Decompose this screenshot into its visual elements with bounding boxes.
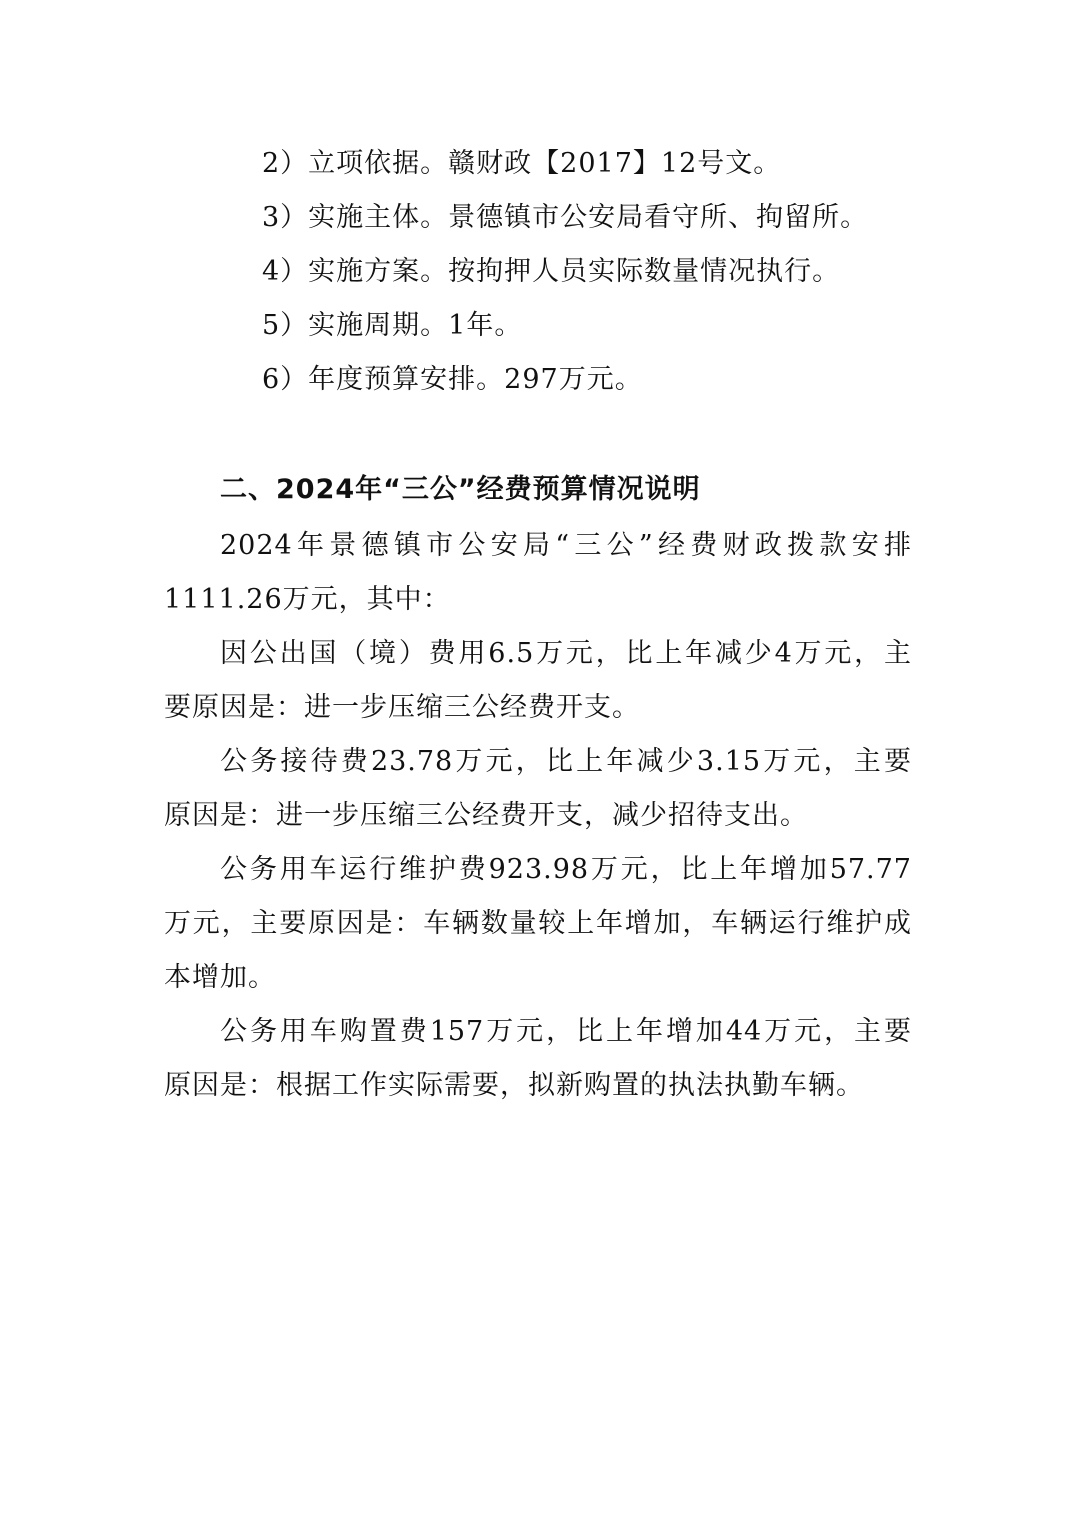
paragraph-line: 原因是：根据工作实际需要，拟新购置的执法执勤车辆。 <box>164 1068 864 1104</box>
paragraph-line: 本增加。 <box>164 960 276 996</box>
paragraph-line: 公务用车购置费157万元，比上年增加44万元，主要 <box>220 1014 912 1050</box>
paragraph-line: 因公出国（境）费用6.5万元，比上年减少4万元，主 <box>220 636 912 672</box>
paragraph-line: 万元，主要原因是：车辆数量较上年增加，车辆运行维护成 <box>164 906 912 942</box>
list-item: 3）实施主体。景德镇市公安局看守所、拘留所。 <box>262 200 868 236</box>
list-item: 4）实施方案。按拘押人员实际数量情况执行。 <box>262 254 840 290</box>
paragraph-line: 公务接待费23.78万元，比上年减少3.15万元，主要 <box>220 744 912 780</box>
list-item: 6）年度预算安排。297万元。 <box>262 362 643 398</box>
paragraph-line: 原因是：进一步压缩三公经费开支，减少招待支出。 <box>164 798 808 834</box>
paragraph-line: 公务用车运行维护费923.98万元，比上年增加57.77 <box>220 852 912 888</box>
section-heading: 二、2024年“三公”经费预算情况说明 <box>220 472 701 508</box>
list-item: 5）实施周期。1年。 <box>262 308 522 344</box>
paragraph-line: 要原因是：进一步压缩三公经费开支。 <box>164 690 640 726</box>
paragraph-line: 2024年景德镇市公安局“三公”经费财政拨款安排 <box>220 528 912 564</box>
list-item: 2）立项依据。赣财政【2017】12号文。 <box>262 146 781 182</box>
paragraph-line: 1111.26万元，其中： <box>164 582 451 618</box>
